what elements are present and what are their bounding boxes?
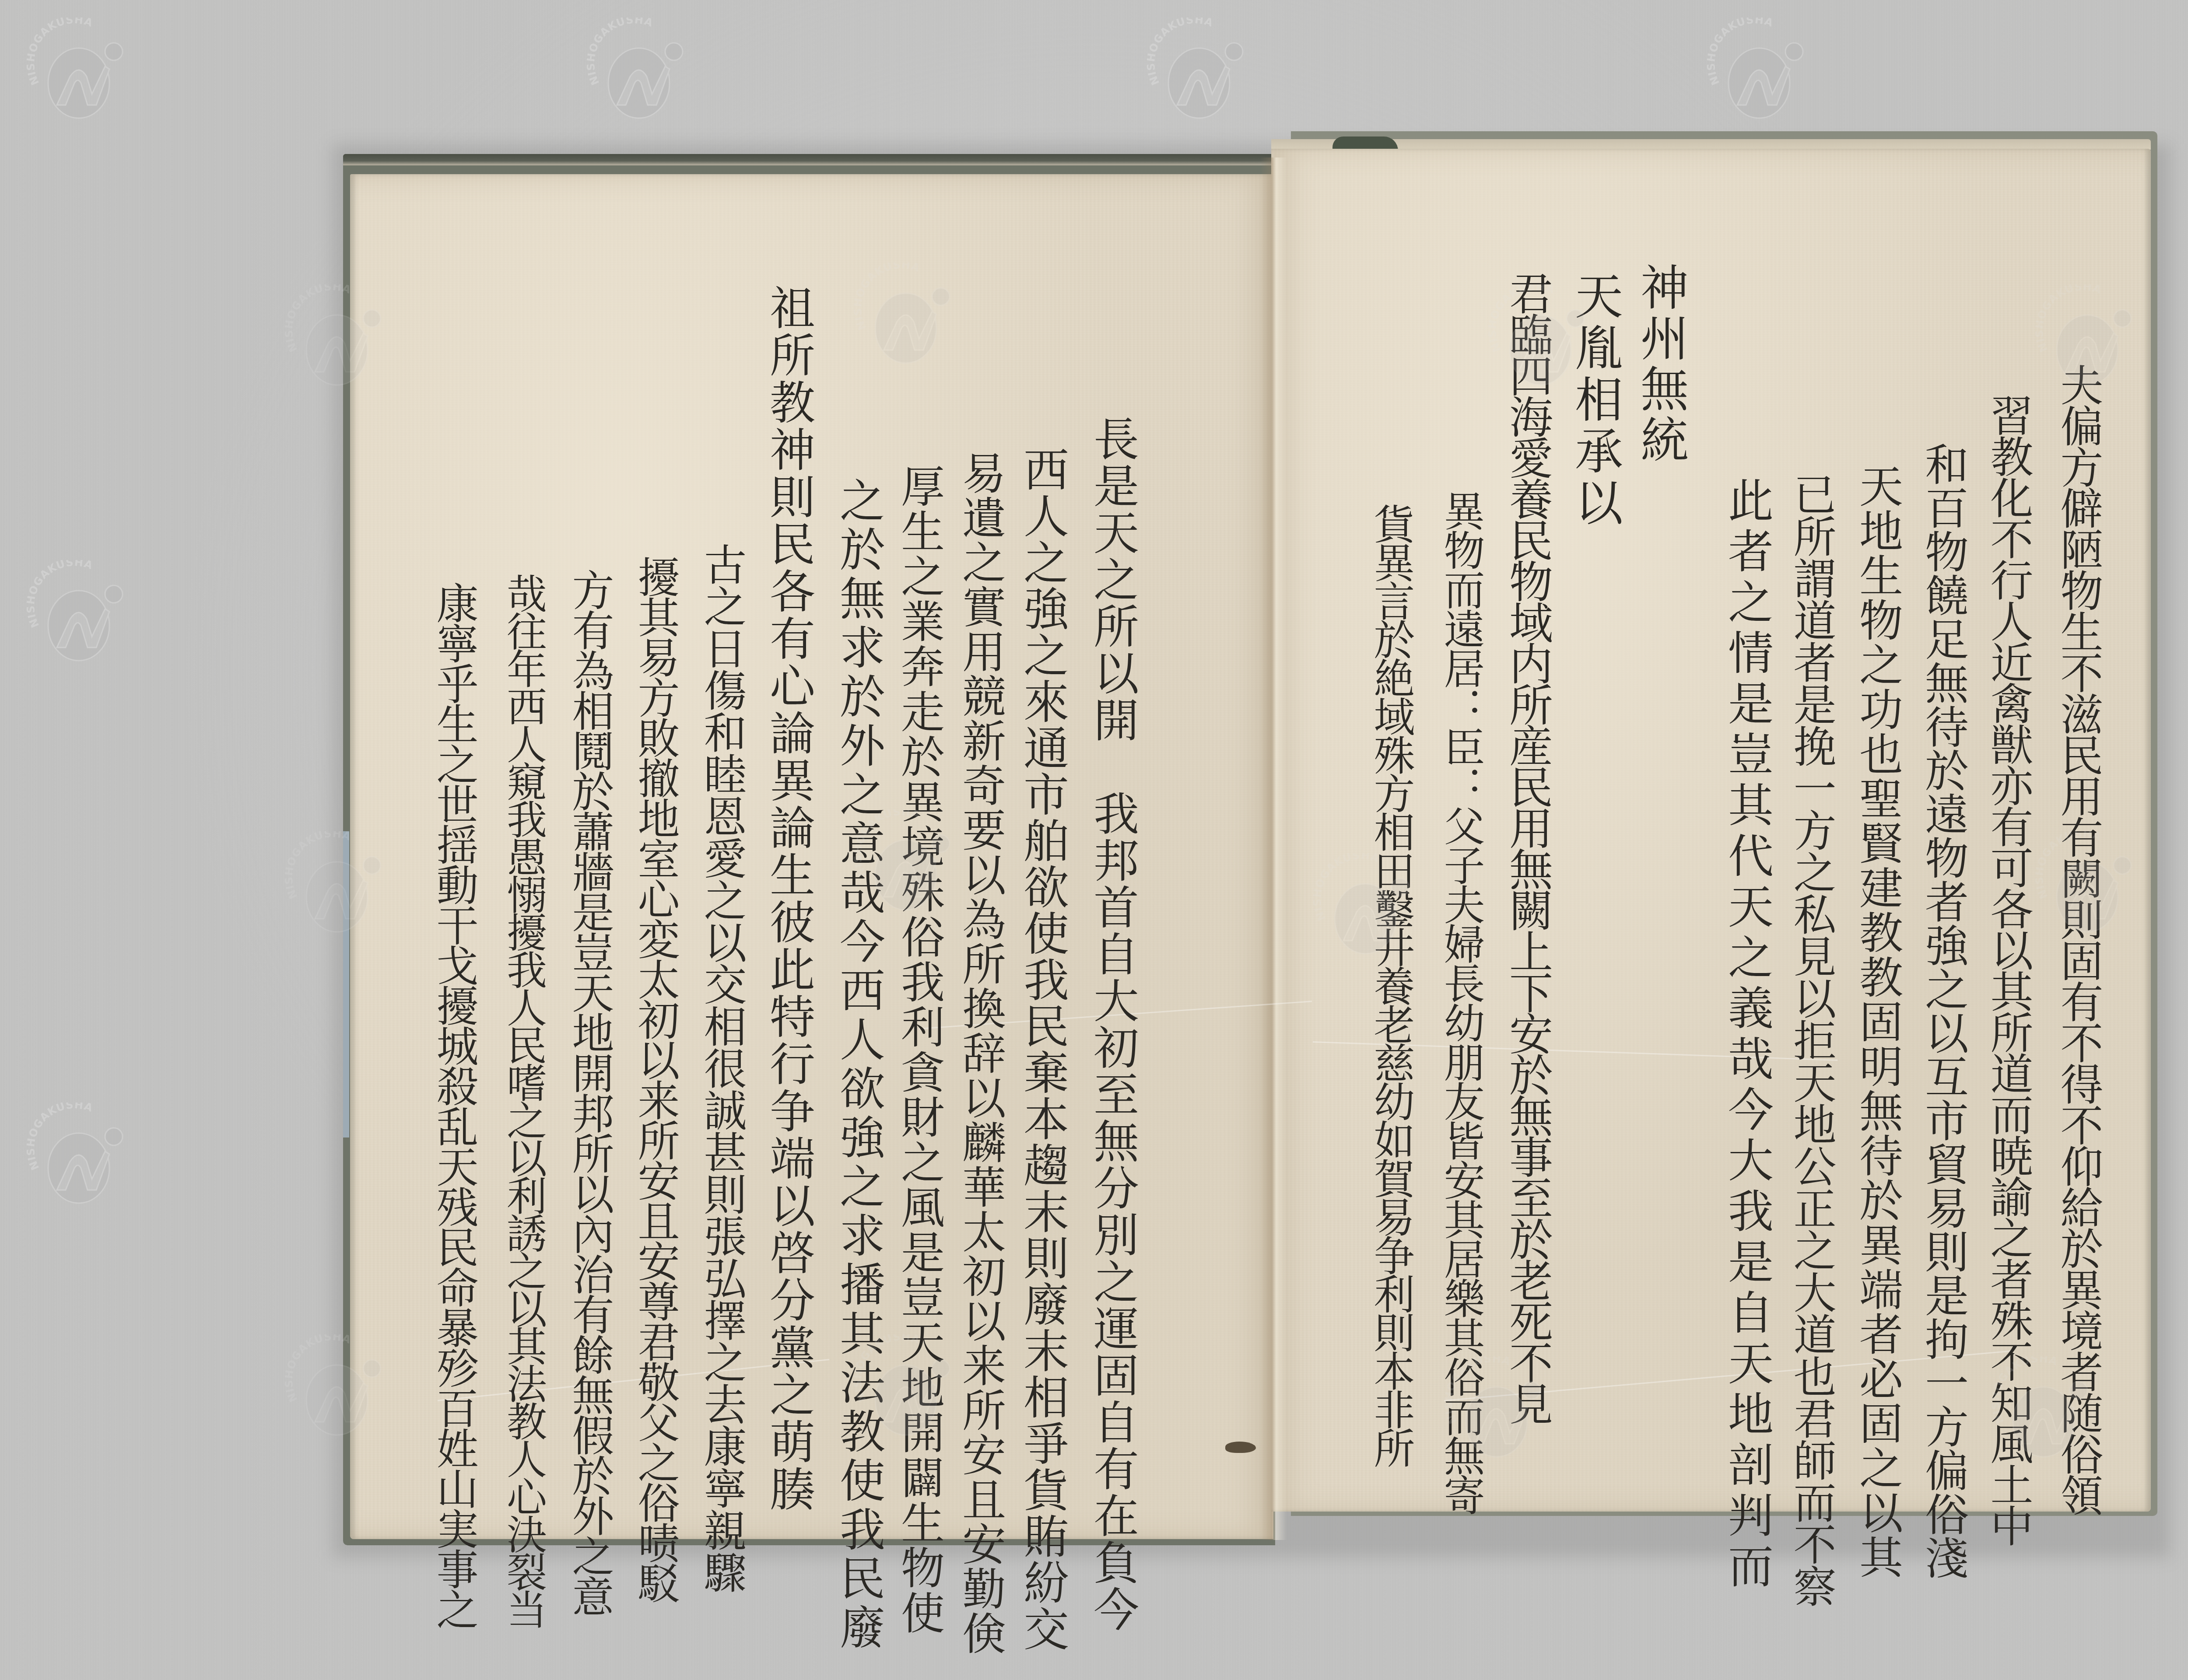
text-column: 易遺之實用競新奇要以為所換辞以麟華太初以来所安且安勤倹 [958, 451, 1002, 1655]
text-column: 祖所教神則民各有心論異論生彼此特行争端以啓分黨之萌腠 [766, 284, 811, 1513]
text-column: 康寧乎生之世揺動干戈擾城殺乱天残民命暴殄百姓山実事之 [433, 582, 475, 1628]
text-column: 方有為相鬩於蕭牆是豈天地開邦所以內治有餘無假於外之意 [569, 569, 611, 1615]
text-column: 之於無求於外之意哉今西人欲強之求播其法教使我民廢 [836, 477, 881, 1653]
text-column: 已所謂道者是挽一方之私見以拒天地公正之大道也君師而不察 [1790, 472, 1833, 1606]
open-book: 長是天之所以開 我邦首自大初至無分別之運固自有在負今西人之強之來通市舶欲使我民棄… [0, 0, 2188, 1680]
text-column: 厚生之業奔走於異境殊俗我利貪財之風是豈天地開闢生物使 [897, 464, 941, 1635]
text-column: 夫偏方僻陋物生不滋民用有闕則固有不得不仰給於異境者随俗領 [2057, 363, 2100, 1515]
text-column: 君臨四海愛養民物域内所産民用無闕上下安於無事至於老死不見 [1505, 271, 1549, 1423]
text-column: 神州無統 [1637, 262, 1685, 465]
text-column: 天地生物之功也聖賢建教教固明無待於異端者必固之以其 [1855, 464, 1899, 1579]
text-column: 天胤相承以 [1571, 271, 1619, 529]
cover-edge-blue [343, 831, 349, 1137]
text-column: 長是天之所以開 我邦首自大初至無分別之運固自有在負今 [1090, 416, 1135, 1633]
text-column: 和百物饒足無待於遠物者強之以互市貿易則是拘一方偏俗淺 [1921, 442, 1965, 1579]
text-column: 此者之情是豈其代天之義哉今大我是自天地剖判而 [1724, 477, 1770, 1593]
text-column: 貨異言於絶域殊方相田鑿井養老慈幼如賀易争利則本非所 [1370, 503, 1411, 1466]
worm-hole [1225, 1442, 1256, 1453]
text-column: 哉往年西人窺我愚愵擾我人民嗜之以利誘之以其法教人心決裂当 [503, 573, 543, 1627]
page-stack-top-left [343, 154, 1275, 165]
text-column: 古之日傷和睦恩愛之以交相很誠甚則張弘擇之去康寧親驟 [700, 542, 743, 1592]
text-column: 異物而遠居：臣：父子夫婦長幼朋友皆安其居樂其俗而無寄 [1440, 490, 1481, 1514]
page-stack-top-right [1271, 139, 2151, 150]
text-column: 習教化不行人近禽獣亦有可各以其所道而暁諭之者殊不知風土中 [1987, 394, 2030, 1545]
text-column: 西人之強之來通市舶欲使我民棄本趨末則廢末相爭貨賄紛交 [1020, 446, 1065, 1652]
book-spine-fold [1260, 157, 1287, 1540]
text-column: 擾其易方敗撤地室心変太初以来所安且安尊君敬父之俗啧駁 [635, 556, 677, 1602]
